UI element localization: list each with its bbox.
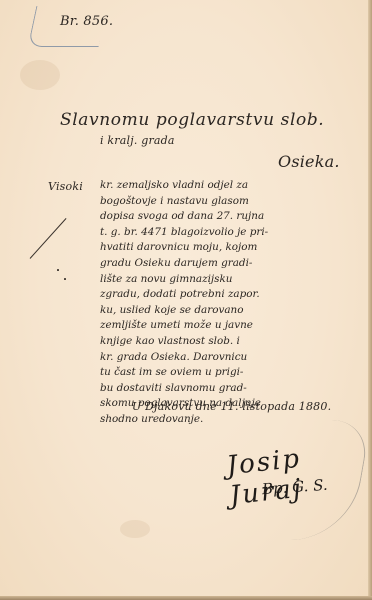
addressee-city: Osieka. — [278, 152, 340, 171]
body-line: tu čast im se oviem u prigi- — [100, 365, 370, 381]
body-line: kr. grada Osieka. Darovnicu — [100, 350, 370, 366]
place-and-date: U Djakovu dne 11. listopada 1880. — [132, 400, 331, 413]
margin-dot — [64, 278, 66, 280]
paper-stain — [20, 60, 60, 90]
body-line: dopisa svoga od dana 27. rujna — [100, 209, 370, 225]
paper-stain — [120, 520, 150, 538]
body-line: hvatiti darovnicu moju, kojom — [100, 240, 370, 256]
body-line: lište za novu gimnazijsku — [100, 272, 370, 288]
letter-page: Br. 856. Slavnomu poglavarstvu slob. i k… — [0, 0, 370, 599]
addressee-line-2: i kralj. grada — [100, 134, 175, 147]
body-line: zgradu, dodati potrebni zapor. — [100, 287, 370, 303]
margin-dot — [57, 269, 59, 271]
body-line: ku, uslied koje se darovano — [100, 303, 370, 319]
addressee-line-1: Slavnomu poglavarstvu slob. — [60, 110, 324, 130]
body-line: bu dostaviti slavnomu grad- — [100, 381, 370, 397]
body-line: knjige kao vlastnost slob. i — [100, 334, 370, 350]
body-line: kr. zemaljsko vladni odjel za — [100, 178, 370, 194]
margin-slash-mark — [30, 218, 67, 259]
letter-body: kr. zemaljsko vladni odjel za bogoštovje… — [100, 178, 370, 428]
margin-note: Visoki — [48, 180, 83, 193]
reference-number: Br. 856. — [60, 14, 113, 29]
page-edge-right — [368, 0, 372, 600]
body-line: gradu Osieku darujem gradi- — [100, 256, 370, 272]
page-edge-bottom — [0, 596, 372, 600]
body-line: zemljište umeti može u javne — [100, 318, 370, 334]
body-line: t. g. br. 4471 blagoizvolio je pri- — [100, 225, 370, 241]
body-line: bogoštovje i nastavu glasom — [100, 194, 370, 210]
